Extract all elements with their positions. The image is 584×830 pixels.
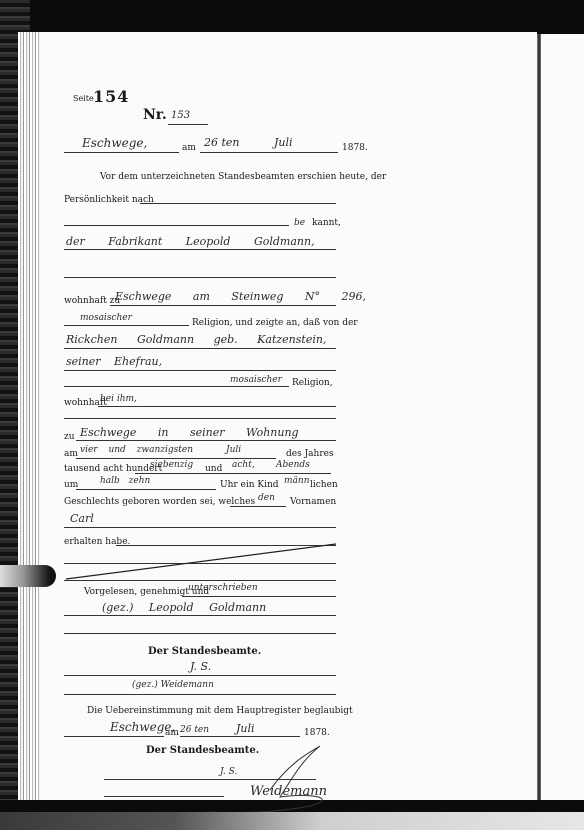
given-names-label: Vornamen — [290, 497, 336, 507]
decade: siebenzig — [150, 460, 193, 470]
cert-month: Juli — [236, 722, 255, 735]
name-article: den — [258, 493, 275, 503]
day: 26 ten — [204, 136, 240, 149]
registrar-title: Der Standesbeamte. — [148, 646, 261, 657]
sex: männ — [284, 476, 310, 486]
intro-text: Vor dem unterzeichneten Standesbeamten e… — [100, 172, 386, 182]
residence-value: Eschwege am Steinweg N° 296, — [115, 290, 366, 303]
unit: acht, — [232, 460, 255, 470]
mother-religion: mosaischer — [230, 375, 282, 385]
signature-flourish — [200, 742, 340, 822]
mother-name: Rickchen Goldmann geb. Katzenstein, — [66, 333, 326, 346]
birth-place: Eschwege in seiner Wohnung — [80, 426, 299, 439]
registrar-signature: (gez.) Weidemann — [132, 680, 214, 690]
year-label: des Jahres — [286, 449, 334, 459]
clock-label: Uhr ein Kind — [220, 480, 279, 490]
registrar-initials: J. S. — [190, 660, 211, 673]
gender-text: Geschlechts geboren worden sei, welches — [64, 497, 255, 507]
religion-value: mosaischer — [80, 313, 132, 323]
entry-label: Nr. — [143, 107, 167, 123]
time-prefix: Abends — [276, 460, 310, 470]
cert-year: 1878. — [304, 728, 330, 738]
declarant: der Fabrikant Leopold Goldmann, — [66, 235, 315, 248]
register-page: Seite 154 Nr. 153 Eschwege, am 26 ten Ju… — [40, 32, 537, 800]
known-suffix: be — [294, 218, 305, 228]
birth-month: Juli — [226, 445, 241, 455]
entry-number: 153 — [171, 110, 190, 121]
certification-text: Die Uebereinstimmung mit dem Hauptregist… — [87, 706, 353, 716]
archive-footer — [0, 812, 584, 830]
religion-label: Religion, — [292, 378, 333, 388]
page-label: Seite — [73, 94, 94, 103]
read-value: unterschrieben — [188, 583, 258, 593]
month: Juli — [274, 136, 293, 149]
birth-place-label: zu — [64, 432, 75, 442]
given-name: Carl — [70, 512, 94, 525]
mother-residence: bei ihm, — [100, 394, 137, 404]
hour: halb zehn — [100, 476, 150, 486]
birth-day: vier und zwanzigsten — [80, 445, 193, 455]
page-number: 154 — [93, 87, 129, 106]
am-label: am — [182, 143, 196, 153]
cert-am-label: am — [165, 728, 179, 738]
cancellation-stroke — [64, 542, 338, 582]
religion-text: Religion, und zeigte an, daß von der — [192, 318, 358, 328]
sex-suffix: lichen — [310, 480, 338, 490]
declarant-signature: (gez.) Leopold Goldmann — [102, 601, 266, 614]
cert-day: 26 ten — [180, 725, 209, 735]
facing-page — [541, 34, 584, 800]
place: Eschwege, — [82, 136, 147, 150]
known-label: kannt, — [312, 218, 341, 228]
mother-relation: seiner Ehefrau, — [66, 355, 162, 368]
year: 1878. — [342, 143, 368, 153]
thumb-holding-page — [0, 565, 56, 587]
